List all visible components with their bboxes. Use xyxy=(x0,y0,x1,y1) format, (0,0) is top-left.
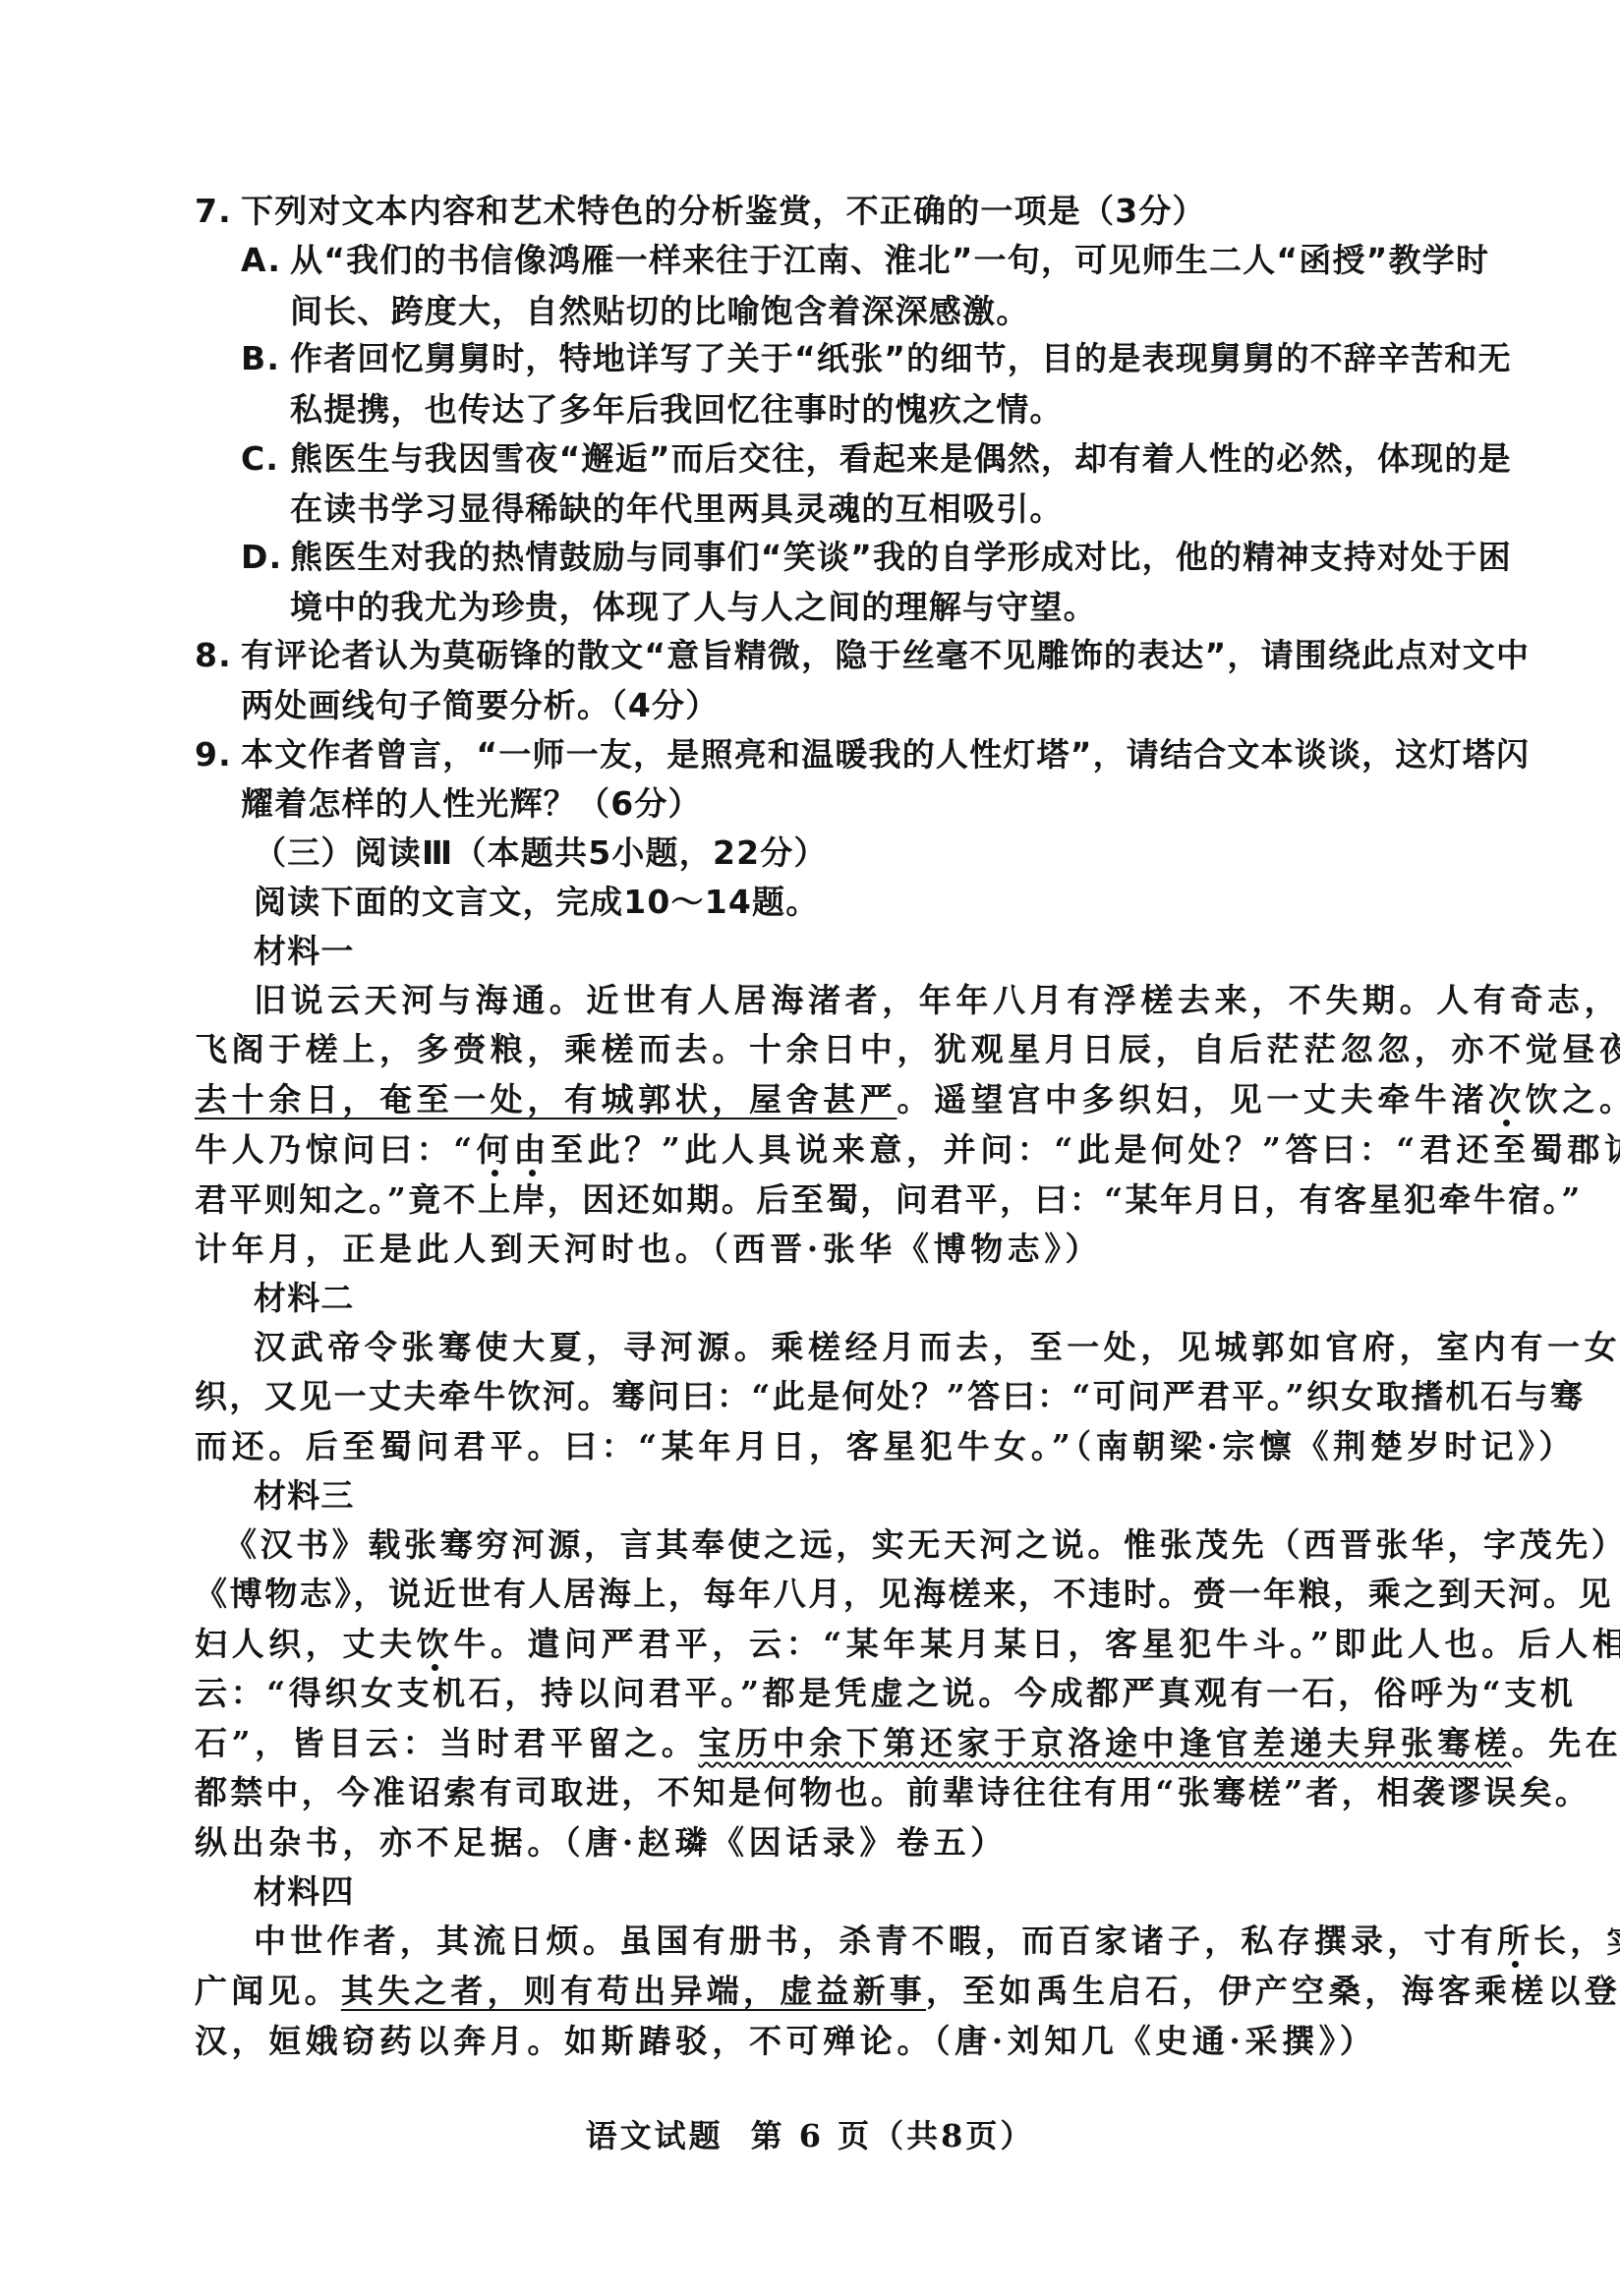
material-3-line: 《汉书》载张骞穷河源，言其奉使之远，实无天河之说。惟张茂先（西晋张华，字茂先） xyxy=(224,1521,1620,1570)
option-label: C. xyxy=(241,434,290,484)
question-9: 9.本文作者曾言，“一师一友，是照亮和温暖我的人性灯塔”，请结合文本谈谈，这灯塔… xyxy=(195,730,1530,779)
emphasized-char: 由 xyxy=(513,1130,550,1169)
option-c-cont: 在读书学习显得稀缺的年代里两具灵魂的互相吸引。 xyxy=(290,485,1064,534)
option-a-cont: 间长、跨度大，自然贴切的比喻饱含着深深感激。 xyxy=(290,287,1029,336)
option-text: 从“我们的书信像鸿雁一样来往于江南、淮北”一句，可见师生二人“函授”教学时 xyxy=(290,241,1489,279)
emphasized-char: 所 xyxy=(1497,1922,1533,1960)
question-9-cont: 耀着怎样的人性光辉？（6分） xyxy=(241,779,702,829)
option-text: 作者回忆舅舅时，特地详写了关于“纸张”的细节，目的是表现舅舅的不辞辛苦和无 xyxy=(290,339,1512,377)
material-1-line: 君平则知之。”竟不上岸，因还如期。后至蜀，问君平，曰：“某年月日，有客星犯牵牛宿… xyxy=(195,1176,1583,1225)
option-label: D. xyxy=(241,533,290,582)
section-instruction: 阅读下面的文言文，完成10～14题。 xyxy=(254,878,819,927)
material-4-line: 汉，姮娥窃药以奔月。如斯踳驳，不可殚论。（唐·刘知几《史通·采撰》） xyxy=(195,2017,1376,2066)
option-d: D.熊医生对我的热情鼓励与同事们“笑谈”我的自学形成对比，他的精神支持对处于困 xyxy=(241,533,1512,582)
material-3-heading: 材料三 xyxy=(254,1471,355,1521)
underlined-sentence: 去十余日，奄至一处，有城郭状，屋舍甚严 xyxy=(195,1080,897,1119)
material-1-line: 飞阁于槎上，多赍粮，乘槎而去。十余日中，犹观星月日辰，自后茫茫忽忽，亦不觉昼夜。 xyxy=(195,1025,1620,1074)
text-segment: 长，实 xyxy=(1533,1922,1620,1960)
option-label: A. xyxy=(241,236,290,285)
material-3-line: 《博物志》，说近世有人居海上，每年八月，见海槎来，不违时。赍一年粮，乘之到天河。… xyxy=(195,1570,1613,1619)
section-title: （三）阅读Ⅲ（本题共5小题，22分） xyxy=(254,829,828,878)
text-segment: 。先在东 xyxy=(1512,1724,1620,1762)
question-number: 8. xyxy=(195,631,241,680)
material-3-line: 云：“得织女支机石，持以问君平。”都是凭虚之说。今成都严真观有一石，俗呼为“支机 xyxy=(195,1669,1576,1718)
material-1-line: 牛人乃惊问曰：“何由至此？”此人具说来意，并问：“此是何处？”答曰：“君还至蜀郡… xyxy=(195,1125,1620,1175)
text-segment: 石”，皆目云：当时君平留之。 xyxy=(195,1724,698,1762)
question-number: 9. xyxy=(195,730,241,779)
material-1-line: 去十余日，奄至一处，有城郭状，屋舍甚严。遥望宫中多织妇，见一丈夫牵牛渚次饮之。牵 xyxy=(195,1075,1620,1124)
material-1-line: 计年月，正是此人到天河时也。（西晋·张华《博物志》） xyxy=(195,1225,1102,1274)
option-b: B.作者回忆舅舅时，特地详写了关于“纸张”的细节，目的是表现舅舅的不辞辛苦和无 xyxy=(241,334,1512,383)
wavy-underlined-sentence: 宝历中余下第还家于京洛途中逢官差递夫舁张骞槎 xyxy=(698,1724,1511,1762)
emphasized-char: 何 xyxy=(477,1130,514,1169)
question-stem: 下列对文本内容和艺术特色的分析鉴赏，不正确的一项是（3分） xyxy=(241,192,1206,230)
material-2-line: 汉武帝令张骞使大夏，寻河源。乘槎经月而去，至一处，见城郭如官府，室内有一女 xyxy=(254,1323,1620,1372)
material-4-line: 广闻见。其失之者，则有苟出异端，虚益新事，至如禹生启石，伊产空桑，海客乘槎以登 xyxy=(195,1967,1620,2016)
option-b-cont: 私提携，也传达了多年后我回忆往事时的愧疚之情。 xyxy=(290,385,1064,434)
option-text: 熊医生对我的热情鼓励与同事们“笑谈”我的自学形成对比，他的精神支持对处于困 xyxy=(290,538,1512,576)
option-text: 熊医生与我因雪夜“邂逅”而后交往，看起来是偶然，却有着人性的必然，体现的是 xyxy=(290,439,1512,478)
material-1-line: 旧说云天河与海通。近世有人居海渚者，年年八月有浮槎去来，不失期。人有奇志，立 xyxy=(254,976,1620,1025)
material-4-heading: 材料四 xyxy=(254,1867,355,1917)
text-segment: 妇人织，丈夫 xyxy=(195,1625,417,1663)
material-1-heading: 材料一 xyxy=(254,927,355,976)
text-segment: 。遥望宫中多织妇，见一丈夫牵牛渚 xyxy=(897,1080,1488,1119)
material-4-line: 中世作者，其流日烦。虽国有册书，杀青不暇，而百家诸子，私存撰录，寸有所长，实 xyxy=(254,1917,1620,1966)
text-segment: 饮之。牵 xyxy=(1526,1080,1620,1119)
footer-subject: 语文试题 xyxy=(586,2117,723,2154)
material-3-line: 石”，皆目云：当时君平留之。宝历中余下第还家于京洛途中逢官差递夫舁张骞槎。先在东 xyxy=(195,1719,1620,1768)
option-d-cont: 境中的我尤为珍贵，体现了人与人之间的理解与守望。 xyxy=(290,583,1097,632)
text-segment: ，至如禹生启石，伊产空桑，海客乘槎以登 xyxy=(926,1972,1620,2010)
text-segment: 牛人乃惊问曰：“ xyxy=(195,1130,477,1169)
material-3-line: 都禁中，今准诏索有司取进，不知是何物也。前辈诗往往有用“张骞槎”者，相袭谬误矣。 xyxy=(195,1768,1591,1817)
question-number: 7. xyxy=(195,187,241,236)
option-label: B. xyxy=(241,334,290,383)
emphasized-char: 饮 xyxy=(417,1625,454,1663)
emphasized-char: 次 xyxy=(1488,1080,1526,1119)
question-stem: 本文作者曾言，“一师一友，是照亮和温暖我的人性灯塔”，请结合文本谈谈，这灯塔闪 xyxy=(241,735,1530,774)
question-8: 8.有评论者认为莫砺锋的散文“意旨精微，隐于丝毫不见雕饰的表达”，请围绕此点对文… xyxy=(195,631,1530,680)
page-footer: 语文试题第 6 页（共8页） xyxy=(0,2111,1620,2156)
text-segment: 中世作者，其流日烦。虽国有册书，杀青不暇，而百家诸子，私存撰录，寸有 xyxy=(254,1922,1497,1960)
text-segment: 至此？”此人具说来意，并问：“此是何处？”答曰：“君还至蜀郡访严 xyxy=(550,1130,1620,1169)
footer-page-number: 第 6 页（共8页） xyxy=(751,2117,1035,2154)
text-segment: 牛。遣问严君平，云：“某年某月某日，客星犯牛斗。”即此人也。后人相传 xyxy=(453,1625,1620,1663)
text-segment: 广闻见。 xyxy=(195,1972,341,2010)
underlined-sentence: 其失之者，则有苟出异端，虚益新事 xyxy=(341,1972,926,2010)
option-c: C.熊医生与我因雪夜“邂逅”而后交往，看起来是偶然，却有着人性的必然，体现的是 xyxy=(241,434,1512,484)
material-2-line: 而还。后至蜀问君平。曰：“某年月日，客星犯牛女。”（南朝梁·宗懔《荆楚岁时记》） xyxy=(195,1422,1576,1471)
material-3-line: 纵出杂书，亦不足据。（唐·赵璘《因话录》卷五） xyxy=(195,1818,1008,1867)
question-8-cont: 两处画线句子简要分析。（4分） xyxy=(241,681,719,730)
material-2-line: 织，又见一丈夫牵牛饮河。骞问曰：“此是何处？”答曰：“可问严君平。”织女取搘机石… xyxy=(195,1372,1585,1421)
question-7: 7.下列对文本内容和艺术特色的分析鉴赏，不正确的一项是（3分） xyxy=(195,187,1206,236)
question-stem: 有评论者认为莫砺锋的散文“意旨精微，隐于丝毫不见雕饰的表达”，请围绕此点对文中 xyxy=(241,636,1530,674)
option-a: A.从“我们的书信像鸿雁一样来往于江南、淮北”一句，可见师生二人“函授”教学时 xyxy=(241,236,1489,285)
material-2-heading: 材料二 xyxy=(254,1274,355,1323)
exam-page: 7.下列对文本内容和艺术特色的分析鉴赏，不正确的一项是（3分） A.从“我们的书… xyxy=(0,0,1620,2296)
material-3-line: 妇人织，丈夫饮牛。遣问严君平，云：“某年某月某日，客星犯牛斗。”即此人也。后人相… xyxy=(195,1620,1620,1669)
